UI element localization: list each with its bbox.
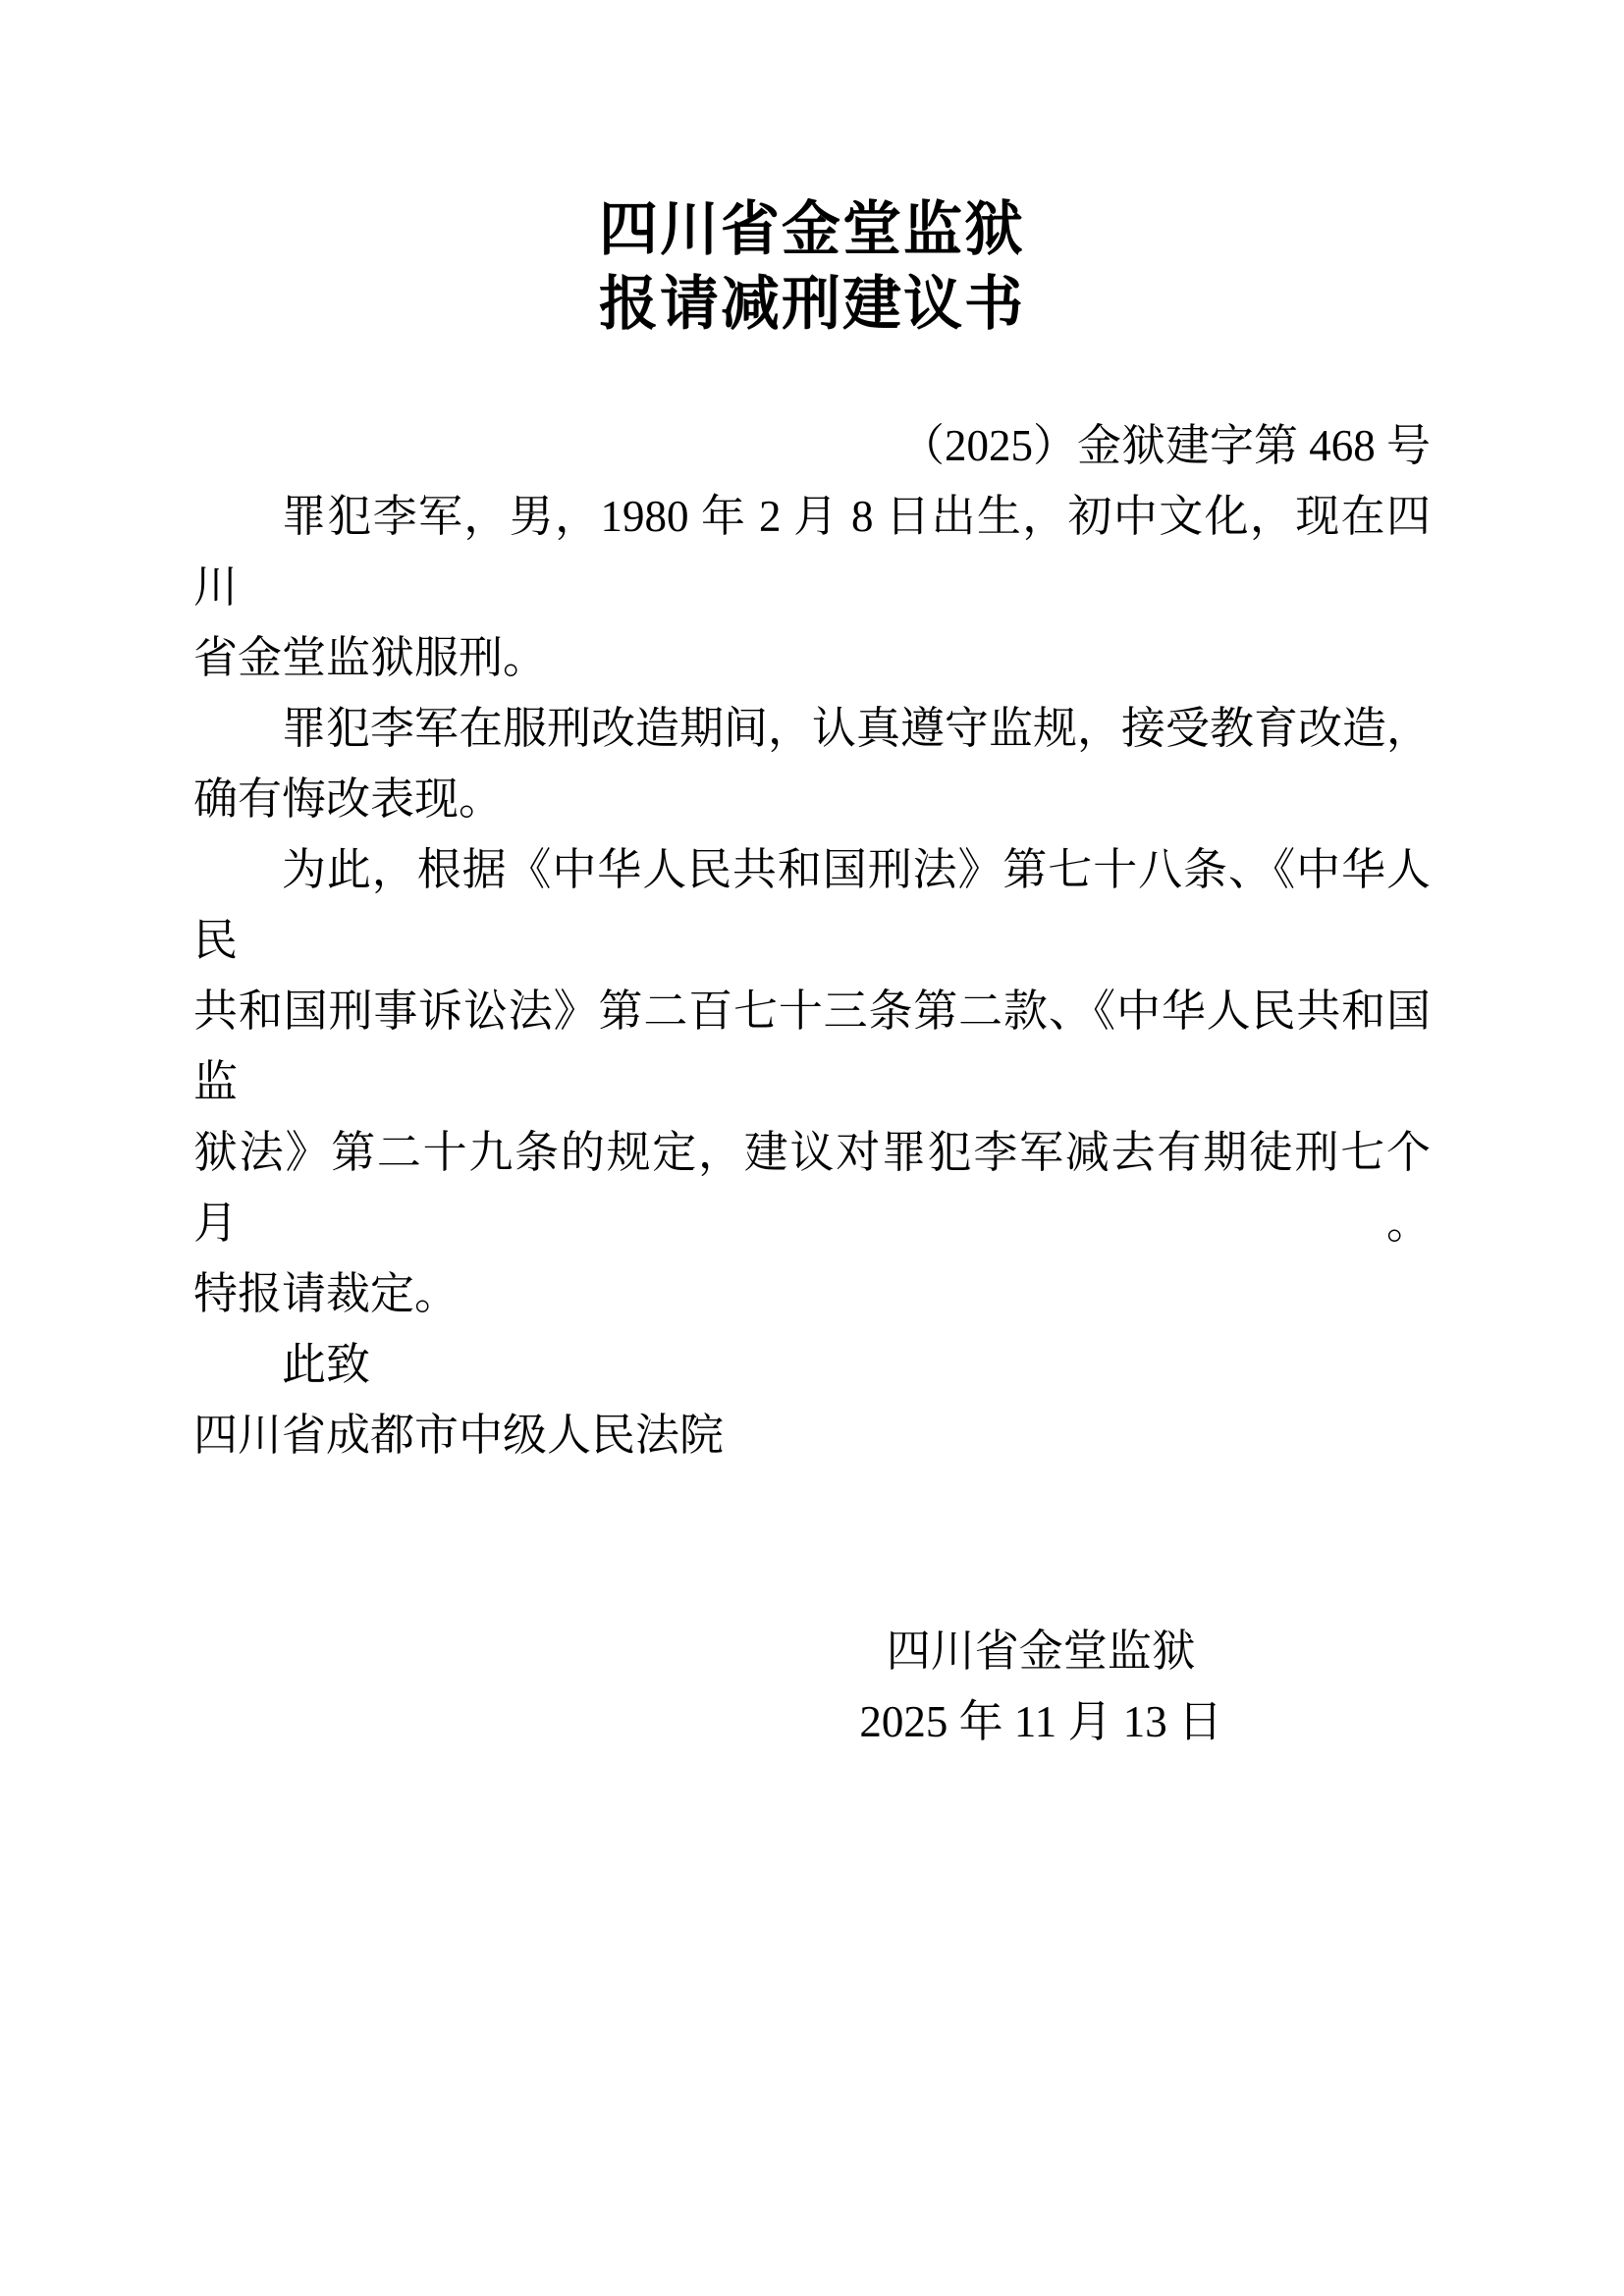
body-line: 为此，根据《中华人民共和国刑法》第七十八条、《中华人民 bbox=[193, 834, 1431, 976]
body-line: 狱法》第二十九条的规定，建议对罪犯李军减去有期徒刑七个月。 bbox=[193, 1117, 1431, 1258]
salute-line: 此致 bbox=[193, 1329, 1431, 1400]
body-line: 省金堂监狱服刑。 bbox=[193, 622, 1431, 693]
title-line-2: 报请减刑建议书 bbox=[193, 267, 1431, 342]
body-line: 罪犯李军在服刑改造期间，认真遵守监规，接受教育改造， bbox=[193, 693, 1431, 764]
addressee-court-line: 四川省成都市中级人民法院 bbox=[193, 1400, 1431, 1470]
body-line: 共和国刑事诉讼法》第二百七十三条第二款、《中华人民共和国监 bbox=[193, 976, 1431, 1117]
body-line: 确有悔改表现。 bbox=[193, 764, 1431, 834]
document-content: 四川省金堂监狱 报请减刑建议书 （2025）金狱建字第 468 号 罪犯李军，男… bbox=[0, 0, 1624, 1757]
body-line: 罪犯李军，男，1980 年 2 月 8 日出生，初中文化，现在四川 bbox=[193, 481, 1431, 622]
signature-org: 四川省金堂监狱 bbox=[859, 1616, 1222, 1686]
title-line-1: 四川省金堂监狱 bbox=[193, 192, 1431, 267]
signature-block: 四川省金堂监狱 2025 年 11 月 13 日 bbox=[859, 1616, 1222, 1757]
body-line: 特报请裁定。 bbox=[193, 1258, 1431, 1329]
document-title: 四川省金堂监狱 报请减刑建议书 bbox=[193, 192, 1431, 342]
document-page: 四川省金堂监狱 报请减刑建议书 （2025）金狱建字第 468 号 罪犯李军，男… bbox=[0, 0, 1624, 2296]
document-number: （2025）金狱建字第 468 号 bbox=[193, 410, 1431, 481]
signature-date: 2025 年 11 月 13 日 bbox=[859, 1686, 1222, 1757]
